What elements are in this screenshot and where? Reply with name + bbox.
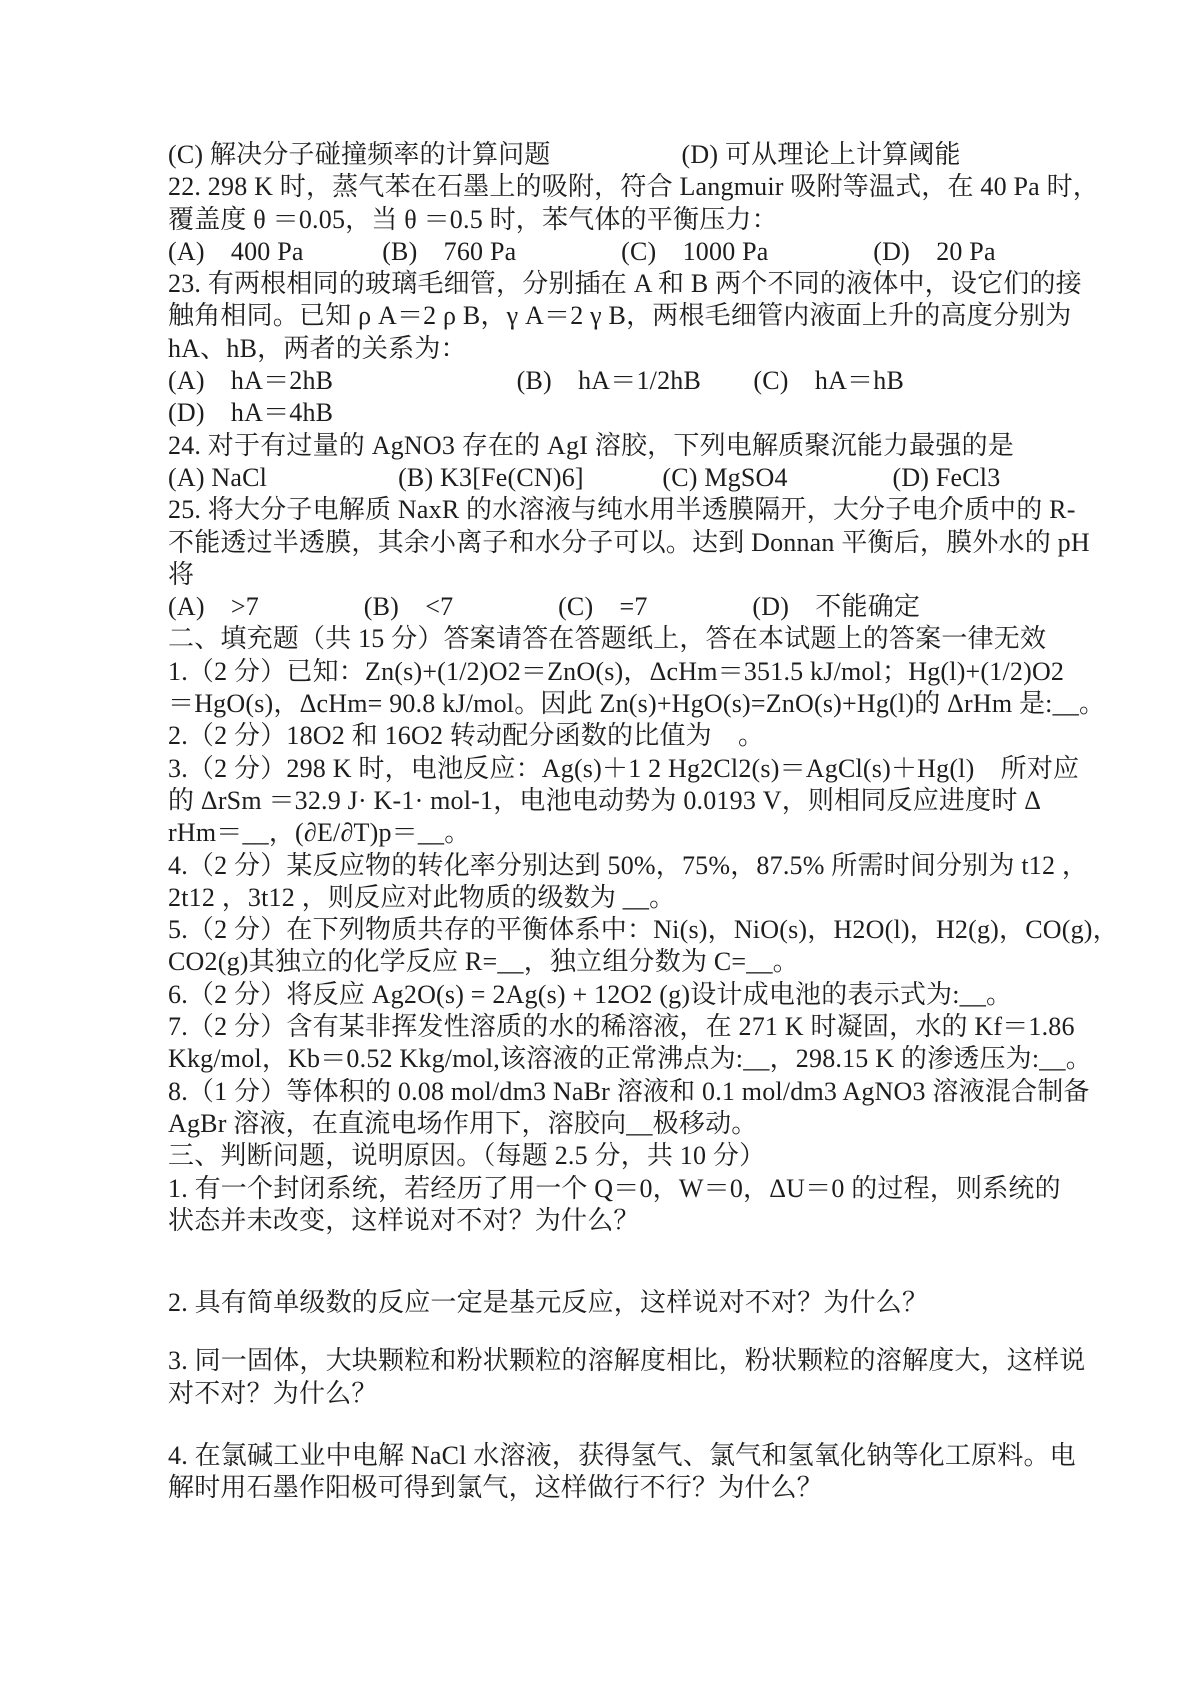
judge-q3-line-2: 对不对？为什么？ [168, 1378, 1058, 1410]
fill-q1-line-1: 1.（2 分）已知：Zn(s)+(1/2)O2＝ZnO(s)，ΔcHm＝351.… [168, 656, 1058, 688]
fill-q4-line-2: 2t12 ，3t12 ，则反应对此物质的级数为 __。 [168, 882, 1058, 914]
q22-text-line-2: 覆盖度 θ ＝0.05，当 θ ＝0.5 时，苯气体的平衡压力： [168, 204, 1058, 236]
exam-text-block: (C) 解决分子碰撞频率的计算问题 (D) 可从理论上计算阈能 22. 298 … [168, 139, 1058, 1505]
judge-q1-line-1: 1. 有一个封闭系统，若经历了用一个 Q＝0，W＝0，ΔU＝0 的过程，则系统的 [168, 1173, 1058, 1205]
judgment-q2: 2. 具有简单级数的反应一定是基元反应，这样说对不对？为什么？ [168, 1287, 1058, 1319]
q25-options-line: (A) >7 (B) <7 (C) =7 (D) 不能确定 [168, 591, 1058, 623]
judge-q1-line-2: 状态并未改变，这样说对不对？为什么？ [168, 1205, 1058, 1237]
fill-q8-line-2: AgBr 溶液，在直流电场作用下，溶胶向__极移动。 [168, 1108, 1058, 1140]
fill-q5-line-1: 5.（2 分）在下列物质共存的平衡体系中：Ni(s)，NiO(s)，H2O(l)… [168, 914, 1058, 946]
fill-q5-line-2: CO2(g)其独立的化学反应 R=__，独立组分数为 C=__。 [168, 946, 1058, 978]
exam-page: (C) 解决分子碰撞频率的计算问题 (D) 可从理论上计算阈能 22. 298 … [0, 0, 1200, 1697]
judgment-q1: 1. 有一个封闭系统，若经历了用一个 Q＝0，W＝0，ΔU＝0 的过程，则系统的… [168, 1173, 1058, 1238]
q24-text-line: 24. 对于有过量的 AgNO3 存在的 AgI 溶胶，下列电解质聚沉能力最强的… [168, 430, 1058, 462]
judgment-q4: 4. 在氯碱工业中电解 NaCl 水溶液，获得氢气、氯气和氢氧化钠等化工原料。电… [168, 1440, 1058, 1505]
section-fill-in-heading: 二、填充题（共 15 分）答案请答在答题纸上，答在本试题上的答案一律无效 [168, 623, 1058, 655]
q23-text-line-1: 23. 有两根相同的玻璃毛细管，分别插在 A 和 B 两个不同的液体中，设它们的… [168, 268, 1058, 300]
q22-text-line-1: 22. 298 K 时，蒸气苯在石墨上的吸附，符合 Langmuir 吸附等温式… [168, 171, 1058, 203]
q23-options-line-d: (D) hA＝4hB [168, 397, 1058, 429]
q21-options-cd-line: (C) 解决分子碰撞频率的计算问题 (D) 可从理论上计算阈能 [168, 139, 1058, 171]
fill-q4-line-1: 4.（2 分）某反应物的转化率分别达到 50%，75%，87.5% 所需时间分别… [168, 850, 1058, 882]
fill-q7-line-1: 7.（2 分）含有某非挥发性溶质的水的稀溶液，在 271 K 时凝固，水的 Kf… [168, 1011, 1058, 1043]
judge-q4-line-1: 4. 在氯碱工业中电解 NaCl 水溶液，获得氢气、氯气和氢氧化钠等化工原料。电 [168, 1440, 1058, 1472]
section-judgment-heading: 三、判断问题，说明原因。（每题 2.5 分，共 10 分） [168, 1140, 1058, 1172]
q25-text-line-2: 不能透过半透膜，其余小离子和水分子可以。达到 Donnan 平衡后，膜外水的 p… [168, 527, 1058, 559]
judge-q4-line-2: 解时用石墨作阳极可得到氯气，这样做行不行？为什么？ [168, 1472, 1058, 1504]
fill-q1-line-2: ＝HgO(s)，ΔcHm= 90.8 kJ/mol。因此 Zn(s)+HgO(s… [168, 688, 1058, 720]
fill-q2-line: 2.（2 分）18O2 和 16O2 转动配分函数的比值为 。 [168, 720, 1058, 752]
fill-q6-line: 6.（2 分）将反应 Ag2O(s) = 2Ag(s) + 12O2 (g)设计… [168, 979, 1058, 1011]
judge-q2-line-1: 2. 具有简单级数的反应一定是基元反应，这样说对不对？为什么？ [168, 1287, 1058, 1319]
q23-text-line-2: 触角相同。已知 ρ A＝2 ρ B，γ A＝2 γ B，两根毛细管内液面上升的高… [168, 300, 1058, 332]
fill-q3-line-2: 的 ΔrSm ＝32.9 J· K-1· mol-1，电池电动势为 0.0193… [168, 785, 1058, 817]
q25-text-line-1: 25. 将大分子电解质 NaxR 的水溶液与纯水用半透膜隔开，大分子电介质中的 … [168, 494, 1058, 526]
q22-options-line: (A) 400 Pa (B) 760 Pa (C) 1000 Pa (D) 20… [168, 236, 1058, 268]
fill-q7-line-2: Kkg/mol，Kb＝0.52 Kkg/mol,该溶液的正常沸点为:__，298… [168, 1043, 1058, 1075]
q25-text-line-3: 将 [168, 559, 1058, 591]
q23-options-line-abc: (A) hA＝2hB (B) hA＝1/2hB (C) hA＝hB [168, 365, 1058, 397]
q23-text-line-3: hA、hB，两者的关系为： [168, 333, 1058, 365]
judge-q3-line-1: 3. 同一固体，大块颗粒和粉状颗粒的溶解度相比，粉状颗粒的溶解度大，这样说 [168, 1345, 1058, 1377]
q24-options-line: (A) NaCl (B) K3[Fe(CN)6] (C) MgSO4 (D) F… [168, 462, 1058, 494]
fill-q3-line-3: rHm＝__，(∂E/∂T)p＝__。 [168, 817, 1058, 849]
judgment-q3: 3. 同一固体，大块颗粒和粉状颗粒的溶解度相比，粉状颗粒的溶解度大，这样说 对不… [168, 1345, 1058, 1410]
fill-q3-line-1: 3.（2 分）298 K 时，电池反应：Ag(s)＋1 2 Hg2Cl2(s)＝… [168, 753, 1058, 785]
fill-q8-line-1: 8.（1 分）等体积的 0.08 mol/dm3 NaBr 溶液和 0.1 mo… [168, 1076, 1058, 1108]
